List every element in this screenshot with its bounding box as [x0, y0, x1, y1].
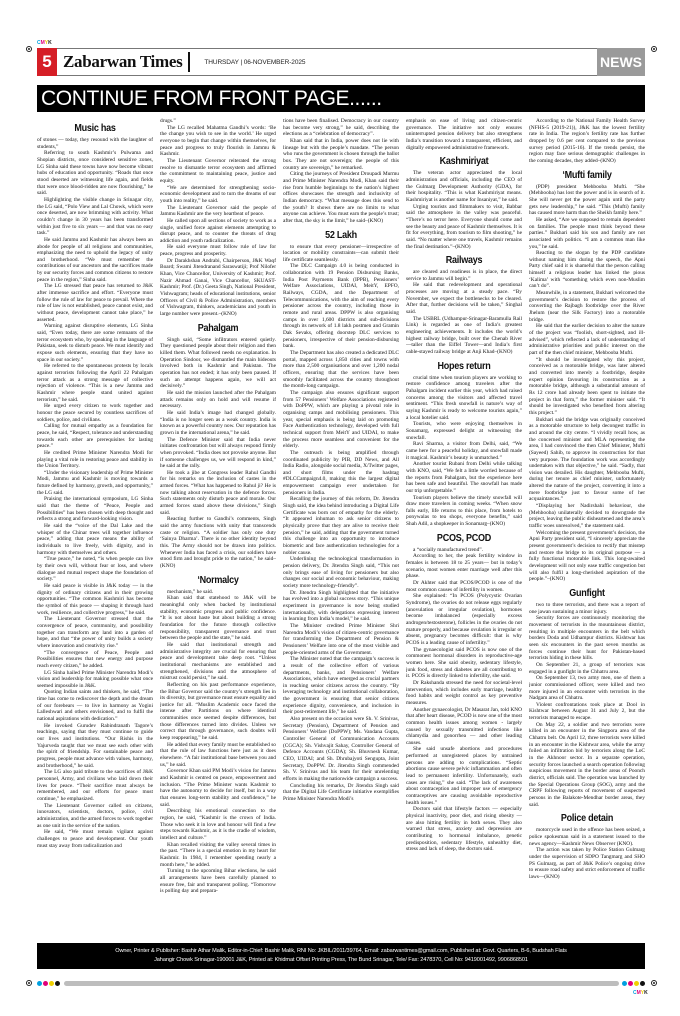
article-paragraph: “Displaying her Nadirshahi behaviour, sh…	[529, 503, 645, 530]
article-paragraph: He called upon all sections of society t…	[160, 218, 276, 245]
column-5: According to the National Family Health …	[529, 118, 645, 940]
masthead-divider	[188, 52, 190, 72]
article-paragraph: Citing the journeys of President Droupad…	[283, 171, 399, 224]
article-paragraph: Highlighting the visible change in Srina…	[37, 197, 153, 237]
registration-mark-top-left	[26, 46, 32, 52]
column-3: tions have been finalised. Democracy in …	[283, 118, 399, 940]
article-paragraph: He referred to the spontaneous protests …	[37, 363, 153, 403]
article-paragraph: Underlining the technological transforma…	[283, 556, 399, 589]
article-paragraph: Reacting to the slogan by the PDP candid…	[529, 250, 645, 290]
article-paragraph: to ensure that every pensioner—irrespect…	[283, 244, 399, 264]
article-paragraph: Praising the international symposium, LG…	[37, 496, 153, 523]
article-paragraph: crucial time when tourism players are wo…	[406, 375, 522, 422]
article-paragraph: The Minister credited Prime Minister Shr…	[283, 623, 399, 656]
article-paragraph: He said that redevelopment and operation…	[406, 282, 522, 315]
article-paragraph: Doctors said that lifestyle factors — es…	[406, 806, 522, 853]
article-paragraph: Khan recalled visiting the valley severa…	[160, 842, 276, 869]
article-paragraph: emphasis on ease of living and citizen-c…	[406, 118, 522, 151]
article-paragraph: The Lieutenant Governor stressed that th…	[37, 616, 153, 649]
article-paragraph: Dr Darakhshan Andrabi, Chairperson, J&K …	[160, 258, 276, 318]
article-paragraph: The outreach is being amplified through …	[283, 450, 399, 497]
article-paragraph: The LG also paid tribute to the sacrific…	[37, 769, 153, 802]
article-paragraph: The Lieutenant Governor called on citize…	[37, 803, 153, 830]
section-label: NEWS	[597, 48, 645, 76]
article-paragraph: Dr. Jitendra Singh highlighted that the …	[283, 590, 399, 623]
article-paragraph: motorcycle used in the offence has been …	[529, 827, 645, 847]
article-paragraph: LG Sinha hailed Prime Minister Narendra …	[37, 670, 153, 690]
article-paragraph: The gynaecologist said PCOS is now one o…	[406, 647, 522, 680]
article-paragraph: On September 21, a group of terrorists w…	[529, 662, 645, 675]
page-number: 5	[37, 48, 57, 76]
article-paragraph: He said the “voice of the Dal Lake and t…	[37, 523, 153, 556]
article-paragraph: She explained: “In PCOS (Polycystic Ovar…	[406, 593, 522, 646]
article-paragraph: Also present on the occasion were Sh. V.…	[283, 716, 399, 783]
cyan-swatch	[622, 981, 627, 986]
article-paragraph: Recalling the journey of this reform, Dr…	[283, 496, 399, 556]
registration-mark-bottom-left	[26, 980, 32, 986]
article-paragraph: Another gynaecologist, Dr Masarat Jan, t…	[406, 707, 522, 747]
grey-registration-bar	[64, 981, 619, 986]
article-heading: Pahalgam	[168, 321, 268, 335]
article-heading: PCOS, PCOD	[414, 531, 514, 545]
article-paragraph: tions have been finalised. Democracy in …	[283, 118, 399, 138]
article-paragraph: Dr Rakshanda stressed the need for socie…	[406, 680, 522, 707]
color-swatch-right	[622, 981, 645, 986]
article-paragraph: Violent confrontations took place at Doo…	[529, 702, 645, 722]
article-paragraph: “It should be investigated why this proj…	[529, 357, 645, 417]
black-swatch	[55, 981, 60, 986]
black-swatch	[640, 981, 645, 986]
newspaper-name: Zabarwan Times	[63, 52, 182, 72]
article-paragraph: are cleared and readiness is in place, t…	[406, 269, 522, 282]
article-heading: Police detain	[537, 811, 637, 825]
article-paragraph: drugs.”	[160, 118, 276, 125]
article-paragraph: He said peace is visible in J&K today — …	[37, 583, 153, 616]
color-swatch-left	[37, 981, 60, 986]
article-paragraph: of stones — today, they resound with the…	[37, 137, 153, 150]
article-paragraph: He asked, “Are we supposed to remain dep…	[529, 217, 645, 250]
article-paragraph: He said, “We must remain vigilant agains…	[37, 829, 153, 849]
column-1: Music hasof stones — today, they resound…	[37, 118, 153, 940]
article-paragraph: On September 13, two army men, one of th…	[529, 675, 645, 702]
magenta-swatch	[43, 981, 48, 986]
article-paragraph: “The convergence of Peace, People and Po…	[37, 650, 153, 670]
cmyk-label-bottom: CMYK	[633, 990, 648, 996]
article-paragraph: The USBRL (Udhampur-Srinagar-Baramulla R…	[406, 316, 522, 356]
column-2: drugs.”The LG recalled Mahatma Gandhi’s …	[160, 118, 276, 940]
article-paragraph: Warning against disruptive elements, LG …	[37, 323, 153, 363]
article-paragraph: Governor Khan said PM Modi’s vision for …	[160, 768, 276, 808]
column-4: emphasis on ease of living and citizen-c…	[406, 118, 522, 940]
imprint-line-1: Owner, Printer & Publisher: Bashir Athar…	[37, 947, 645, 956]
registration-mark-top-right	[651, 46, 657, 52]
article-paragraph: He urged every citizen to work together …	[37, 403, 153, 423]
article-paragraph: Reacting further to Gandhi’s comments, S…	[160, 516, 276, 569]
article-paragraph: Reflecting on his past performance exper…	[160, 682, 276, 742]
article-paragraph: He added that every family must be estab…	[160, 742, 276, 769]
article-paragraph: “True peace,” he noted, “is when people …	[37, 556, 153, 583]
article-heading: 52 Lakh	[291, 228, 391, 242]
article-paragraph: Describing his emotional connection to t…	[160, 808, 276, 841]
article-paragraph: Turning to the upcoming Bihar elections,…	[160, 868, 276, 895]
article-heading: Hopes return	[414, 359, 514, 373]
article-paragraph: Meanwhile, in a statement, Bukhari welco…	[529, 290, 645, 323]
article-paragraph: Calling for mutual empathy as a foundati…	[37, 423, 153, 450]
article-paragraph: The action was taken by Police Station G…	[529, 847, 645, 880]
article-paragraph: The LG recalled Mahatma Gandhi’s words: …	[160, 125, 276, 158]
article-paragraph: “We are determined for strengthening soc…	[160, 185, 276, 205]
article-paragraph: Ravi Sharma, a visitor from Delhi, said,…	[406, 441, 522, 461]
article-paragraph: two to three terrorists, and there was a…	[529, 602, 645, 615]
registration-mark-bottom-right	[651, 980, 657, 986]
article-paragraph: The Lieutenant Governor said the people …	[160, 205, 276, 218]
cmyk-label-top: CMYK	[37, 40, 52, 46]
page-banner: CONTINUE FROM FRONT PAGE......	[37, 85, 645, 112]
article-paragraph: Tourists, who were enjoying themselves i…	[406, 421, 522, 441]
article-heading: Kashmiriyat	[414, 154, 514, 168]
article-paragraph: He took a jibe at Congress leader Rahul …	[160, 470, 276, 517]
article-paragraph: The Minister noted that the campaign’s s…	[283, 656, 399, 716]
article-paragraph: Security forces are continuously monitor…	[529, 615, 645, 662]
article-paragraph: (PDP) president Mehbooba Mufti. “She (Me…	[529, 184, 645, 217]
yellow-swatch	[634, 981, 639, 986]
article-heading: Gunfight	[537, 586, 637, 600]
article-paragraph: Dr Akhter said that PCOS/PCOD is one of …	[406, 580, 522, 593]
issue-date: THURSDAY | 06-NOVEMBER-2025	[204, 59, 305, 66]
article-paragraph: The Defence Minister said that India nev…	[160, 437, 276, 470]
article-paragraph: He said that institutional strength and …	[160, 642, 276, 682]
article-paragraph: Khan said that statehood to J&K will be …	[160, 595, 276, 642]
article-paragraph: Quoting Indian saints and thinkers, he s…	[37, 689, 153, 722]
article-paragraph: The campaign also ensures significant su…	[283, 390, 399, 450]
magenta-swatch	[628, 981, 633, 986]
article-paragraph: Referring to south Kashmir’s Pulwama and…	[37, 150, 153, 197]
article-paragraph: Another tourist Rubani from Delhi while …	[406, 461, 522, 494]
article-paragraph: The veteran actor appreciated the local …	[406, 170, 522, 203]
imprint-footer: Owner, Printer & Publisher: Bashir Athar…	[37, 943, 645, 969]
article-heading: Railways	[414, 253, 514, 267]
article-paragraph: Welcoming the present government’s decis…	[529, 530, 645, 583]
article-heading: ‘Normalcy	[168, 573, 268, 587]
article-heading: Music has	[45, 121, 145, 135]
article-heading: ‘Mufti family	[537, 168, 637, 182]
article-paragraph: She said unsafe abortions and procedures…	[406, 746, 522, 806]
article-paragraph: Khan said that in India, power does not …	[283, 138, 399, 171]
article-paragraph: Urging tourists and filmmakers to visit,…	[406, 204, 522, 251]
article-paragraph: According to the National Family Health …	[529, 118, 645, 165]
article-paragraph: He said that the earlier decision to alt…	[529, 323, 645, 356]
article-paragraph: mechanism,” he said.	[160, 589, 276, 596]
article-paragraph: The Department has also created a dedica…	[283, 350, 399, 390]
article-paragraph: He said India’s image had changed global…	[160, 410, 276, 437]
article-columns: Music hasof stones — today, they resound…	[37, 118, 645, 940]
article-paragraph: Concluding his remarks, Dr Jitendra Sing…	[283, 783, 399, 803]
article-paragraph: “Under the visionary leadership of Prime…	[37, 470, 153, 497]
article-paragraph: The DLC Campaign 4.0 is being conducted …	[283, 263, 399, 350]
article-paragraph: Singh said, “Some infiltrators entered q…	[160, 337, 276, 390]
masthead: 5 Zabarwan Times THURSDAY | 06-NOVEMBER-…	[37, 48, 645, 76]
article-paragraph: According to her, the peak fertility win…	[406, 553, 522, 580]
article-paragraph: He invoked Gurudev Rabindranath Tagore’s…	[37, 723, 153, 770]
article-paragraph: He said the mission launched after the P…	[160, 390, 276, 410]
article-paragraph: Bukhari said the bridge was originally c…	[529, 417, 645, 504]
article-paragraph: Tourism players believe the timely snowf…	[406, 495, 522, 528]
article-paragraph: He said everyone must follow rule of law…	[160, 244, 276, 257]
article-paragraph: The Lieutenant Governor reiterated the s…	[160, 158, 276, 185]
imprint-line-2: Jahangir Chowk Srinagar-190001 J&K, Prin…	[37, 956, 645, 965]
cyan-swatch	[37, 981, 42, 986]
yellow-swatch	[49, 981, 54, 986]
article-paragraph: The LG stressed that peace has returned …	[37, 283, 153, 323]
article-paragraph: He credited Prime Minister Narendra Modi…	[37, 450, 153, 470]
article-paragraph: He said Jammu and Kashmir has always bee…	[37, 237, 153, 284]
article-paragraph: On May 22, a soldier and two terrorists …	[529, 722, 645, 809]
